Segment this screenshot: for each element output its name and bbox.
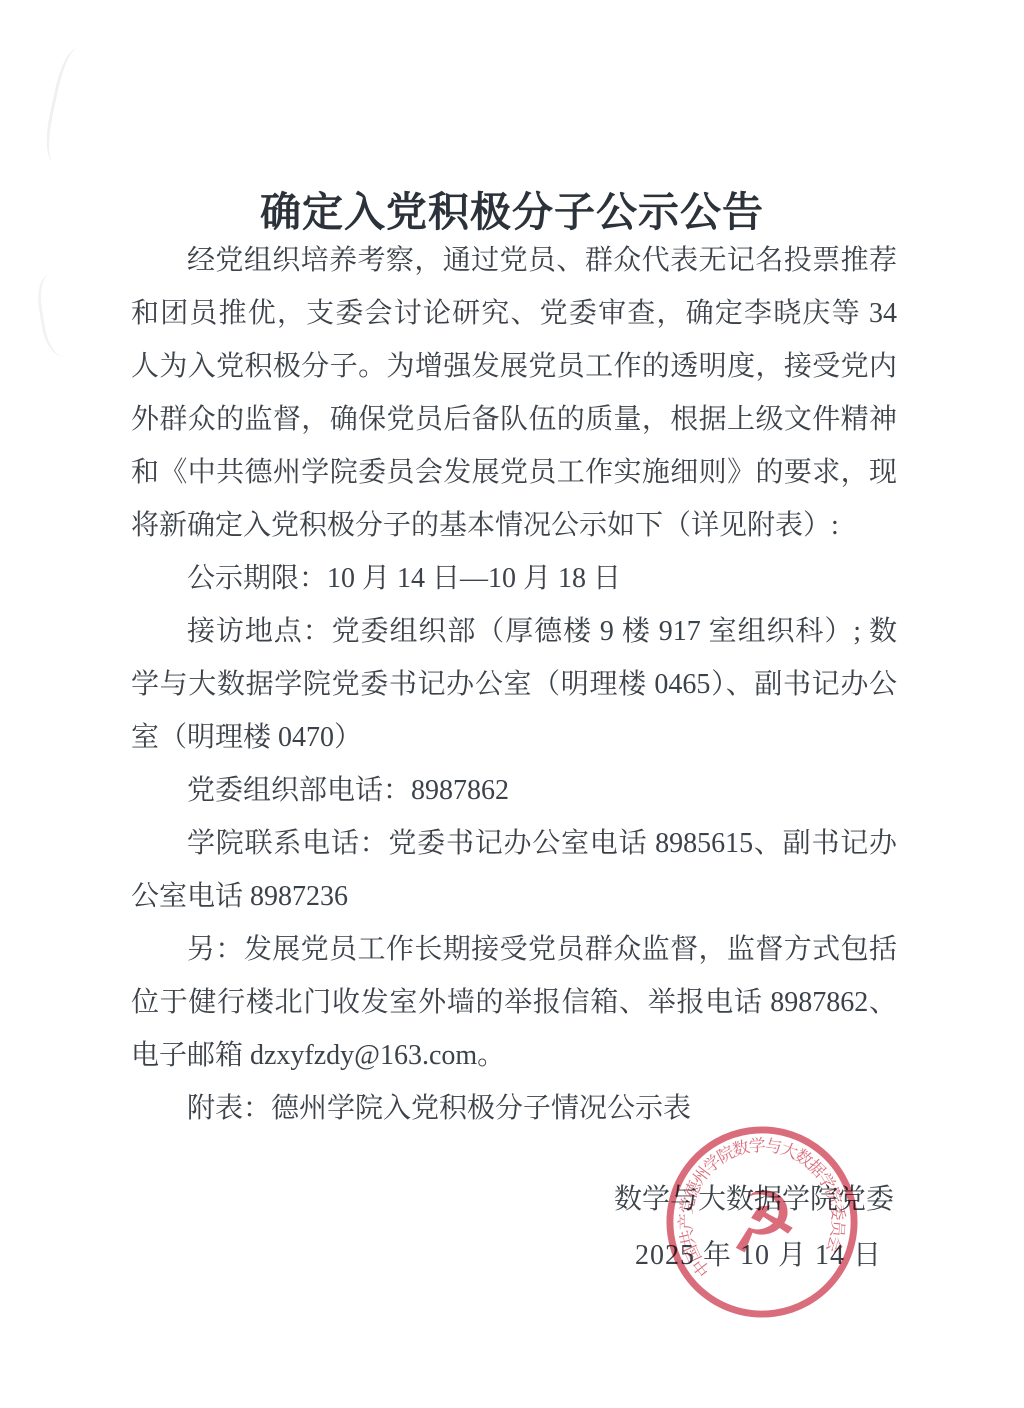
signature-organization: 数学与大数据学院党委 <box>614 1172 894 1228</box>
paragraph: 经党组织培养考察，通过党员、群众代表无记名投票推荐和团员推优，支委会讨论研究、党… <box>131 234 897 552</box>
document-body: 经党组织培养考察，通过党员、群众代表无记名投票推荐和团员推优，支委会讨论研究、党… <box>131 234 897 1135</box>
paragraph: 党委组织部电话：8987862 <box>131 764 897 817</box>
scan-artifact <box>34 269 90 359</box>
paragraph: 公示期限：10 月 14 日—10 月 18 日 <box>131 552 897 605</box>
paragraph: 附表：德州学院入党积极分子情况公示表 <box>131 1082 897 1135</box>
signature-block: 数学与大数据学院党委 2025 年 10 月 14 日 <box>614 1172 894 1284</box>
paragraph: 接访地点：党委组织部（厚德楼 9 楼 917 室组织科）; 数学与大数据学院党委… <box>131 605 897 764</box>
document-title: 确定入党积极分子公示公告 <box>0 179 1024 238</box>
paragraph: 另：发展党员工作长期接受党员群众监督，监督方式包括位于健行楼北门收发室外墙的举报… <box>131 923 897 1082</box>
scan-artifact <box>40 46 96 165</box>
paragraph: 学院联系电话：党委书记办公室电话 8985615、副书记办公室电话 898723… <box>131 817 897 923</box>
signature-date: 2025 年 10 月 14 日 <box>614 1228 894 1284</box>
document-page: 确定入党积极分子公示公告 经党组织培养考察，通过党员、群众代表无记名投票推荐和团… <box>0 0 1024 1408</box>
